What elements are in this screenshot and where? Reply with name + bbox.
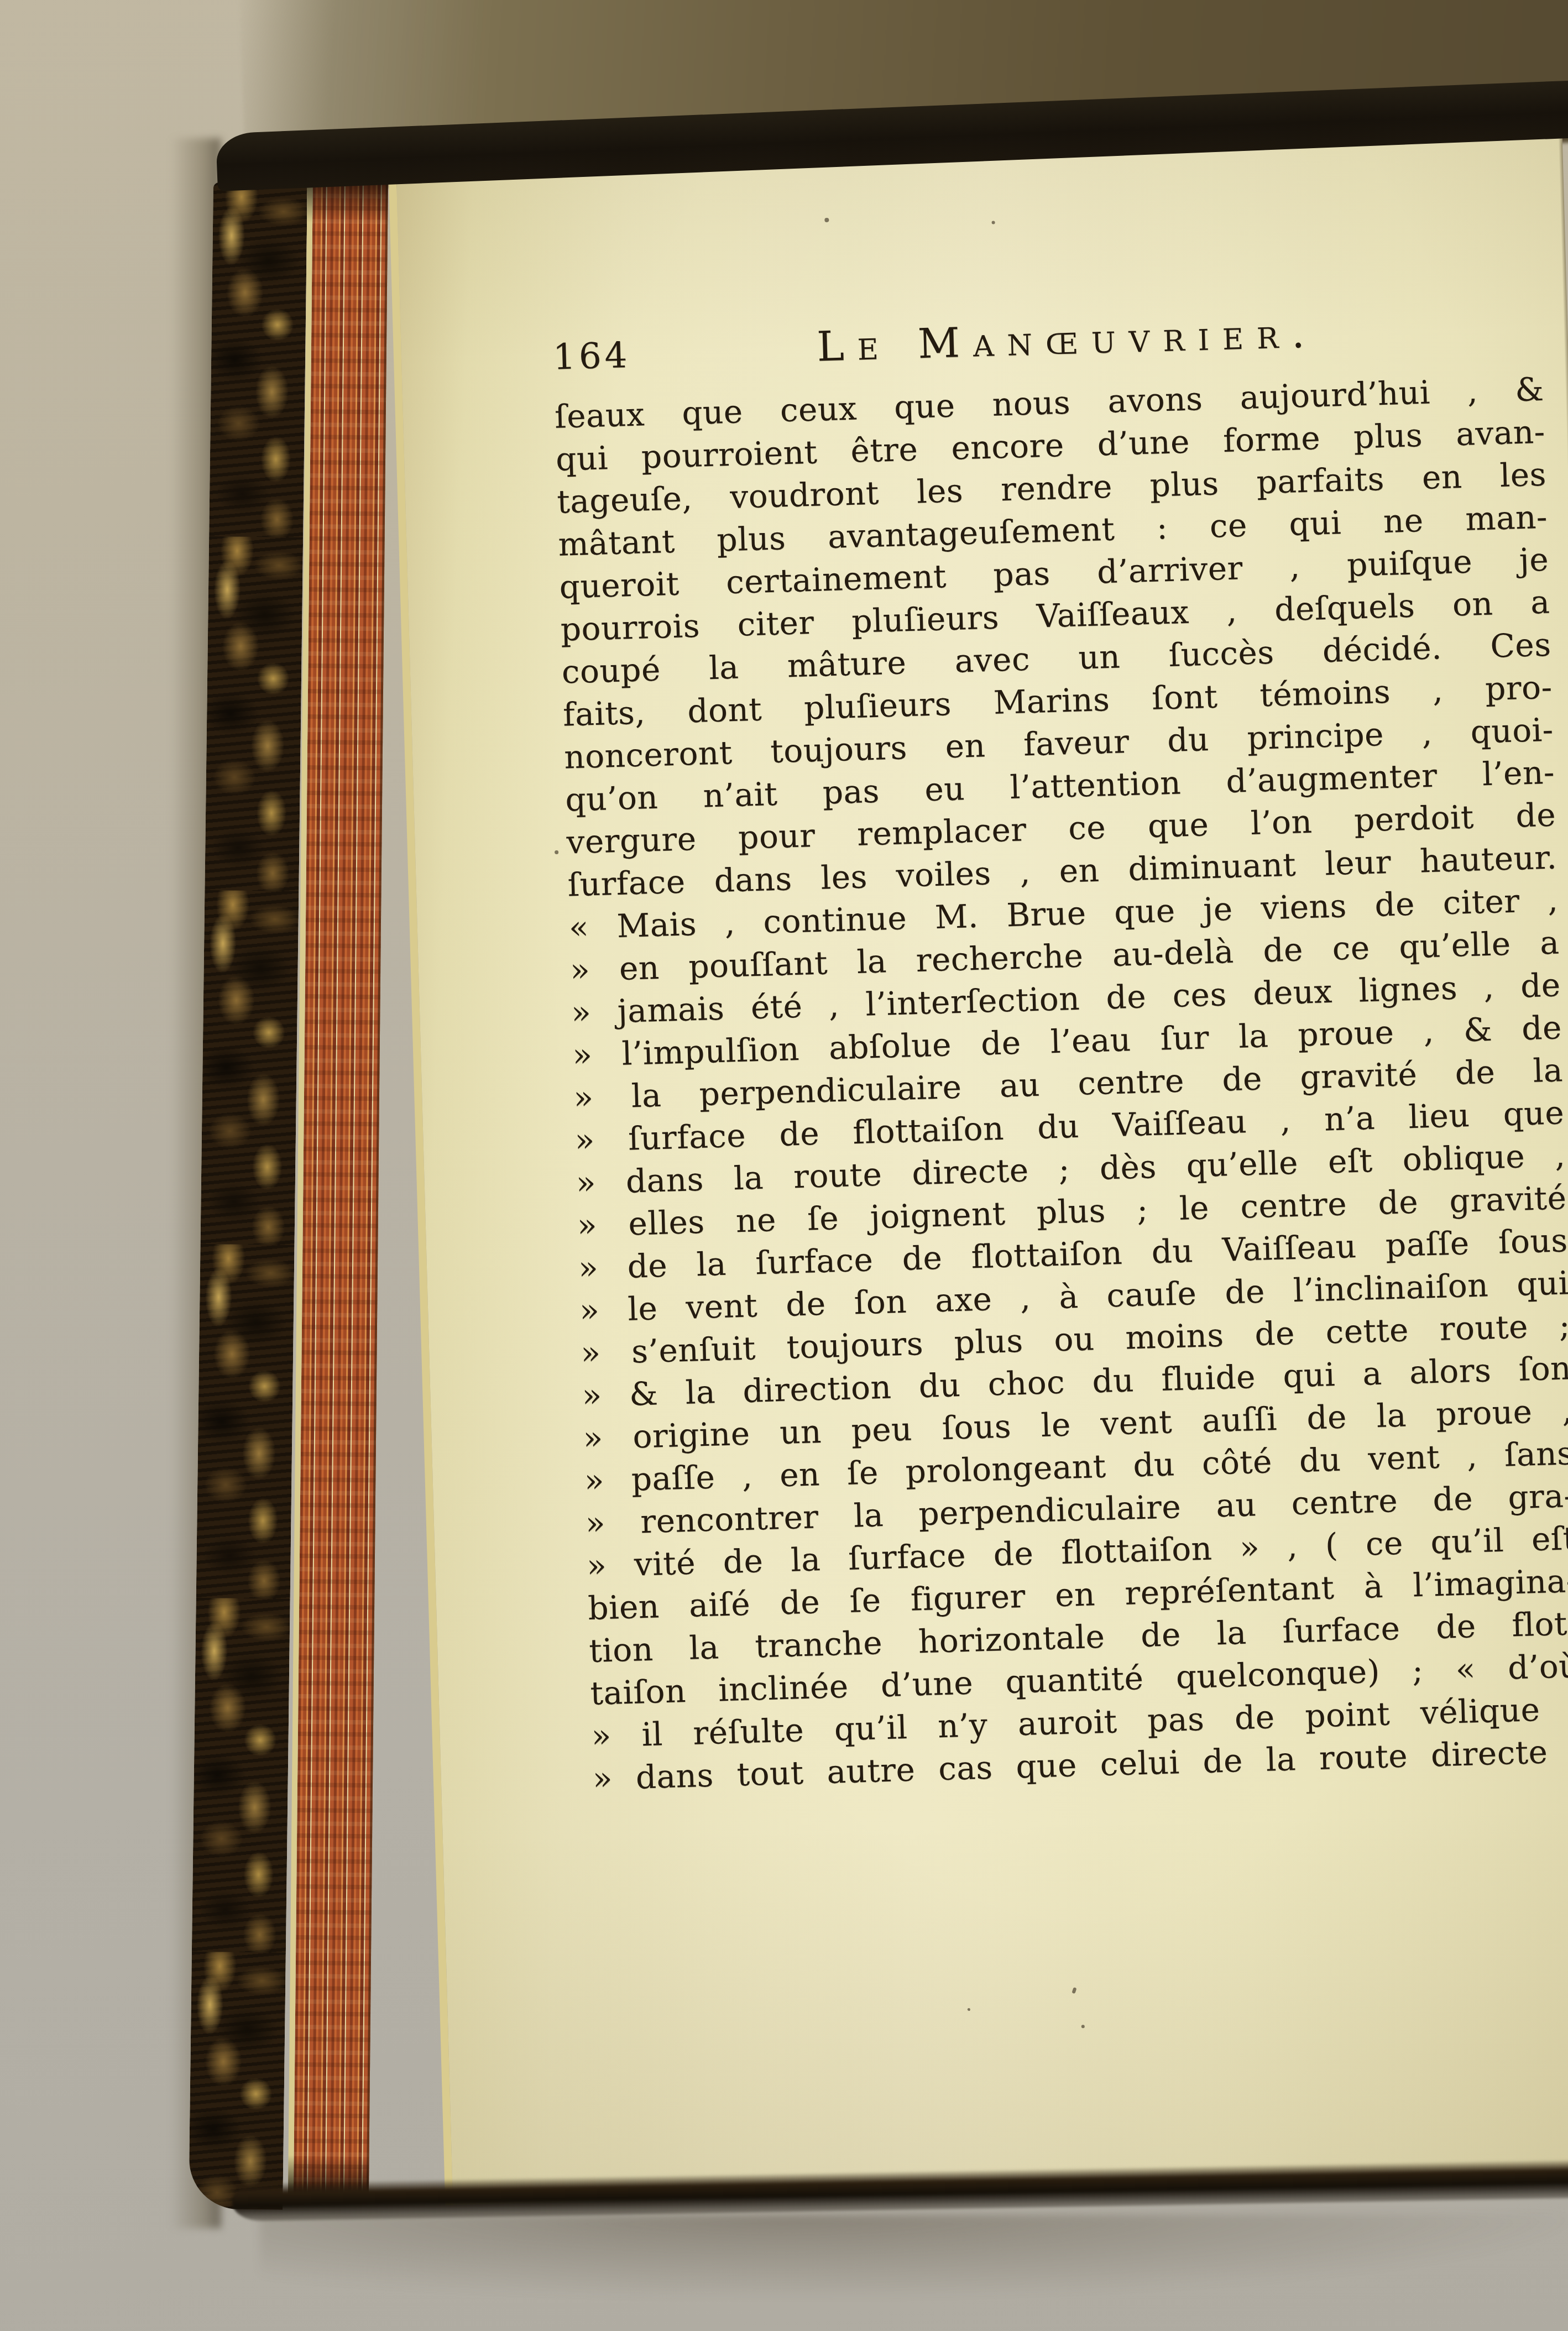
book-page: 164 Le Manœuvrier. ſeaux que ceux que no… (388, 127, 1568, 2205)
paper-speck (968, 2008, 970, 2011)
page-number: 164 (552, 335, 631, 378)
body-text: ſeaux que ceux que nous avons aujourd’hu… (554, 368, 1568, 1800)
book-bottom-shadow (260, 2214, 1568, 2297)
paper-speck (555, 850, 558, 854)
running-title: Le Manœuvrier. (816, 309, 1318, 370)
scanned-book-photo: 164 Le Manœuvrier. ſeaux que ceux que no… (0, 0, 1568, 2331)
paper-speck (1081, 2025, 1085, 2028)
paper-speck (992, 221, 995, 224)
paper-speck (824, 218, 829, 222)
paper-speck (1072, 1987, 1076, 1994)
